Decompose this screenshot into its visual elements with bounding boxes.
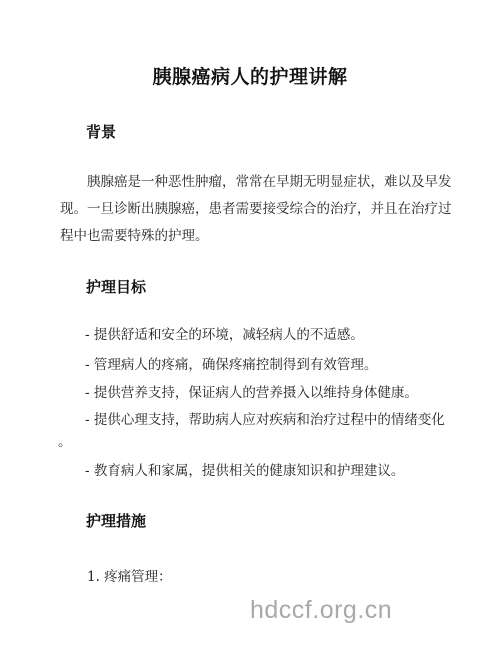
care-goal-item: - 提供舒适和安全的环境，减轻病人的不适感。 bbox=[85, 323, 364, 343]
care-goal-item: - 提供心理支持，帮助病人应对疾病和治疗过程中的情绪变化 bbox=[85, 408, 445, 428]
background-paragraph-line-1: 胰腺癌是一种恶性肿瘤，常常在早期无明显症状，难以及早发 bbox=[87, 170, 452, 190]
care-measure-item: 1. 疼痛管理： bbox=[87, 565, 172, 585]
background-paragraph-line-3: 程中也需要特殊的护理。 bbox=[60, 224, 209, 244]
background-paragraph-line-2: 现。一旦诊断出胰腺癌，患者需要接受综合的治疗，并且在治疗过 bbox=[60, 197, 452, 217]
section-heading-care-measures: 护理措施 bbox=[86, 510, 146, 531]
section-heading-background: 背景 bbox=[86, 121, 116, 142]
watermark-text: hdccf.org.cn bbox=[250, 596, 392, 625]
care-goal-item: - 教育病人和家属，提供相关的健康知识和护理建议。 bbox=[85, 459, 404, 479]
document-title: 胰腺癌病人的护理讲解 bbox=[0, 62, 500, 89]
care-goal-item: - 提供营养支持，保证病人的营养摄入以维持身体健康。 bbox=[85, 381, 418, 401]
care-goal-item-continuation: 。 bbox=[58, 430, 72, 450]
care-goal-item: - 管理病人的疼痛，确保疼痛控制得到有效管理。 bbox=[85, 353, 377, 373]
document-page: 胰腺癌病人的护理讲解 背景 胰腺癌是一种恶性肿瘤，常常在早期无明显症状，难以及早… bbox=[0, 0, 500, 647]
section-heading-care-goals: 护理目标 bbox=[86, 276, 146, 297]
